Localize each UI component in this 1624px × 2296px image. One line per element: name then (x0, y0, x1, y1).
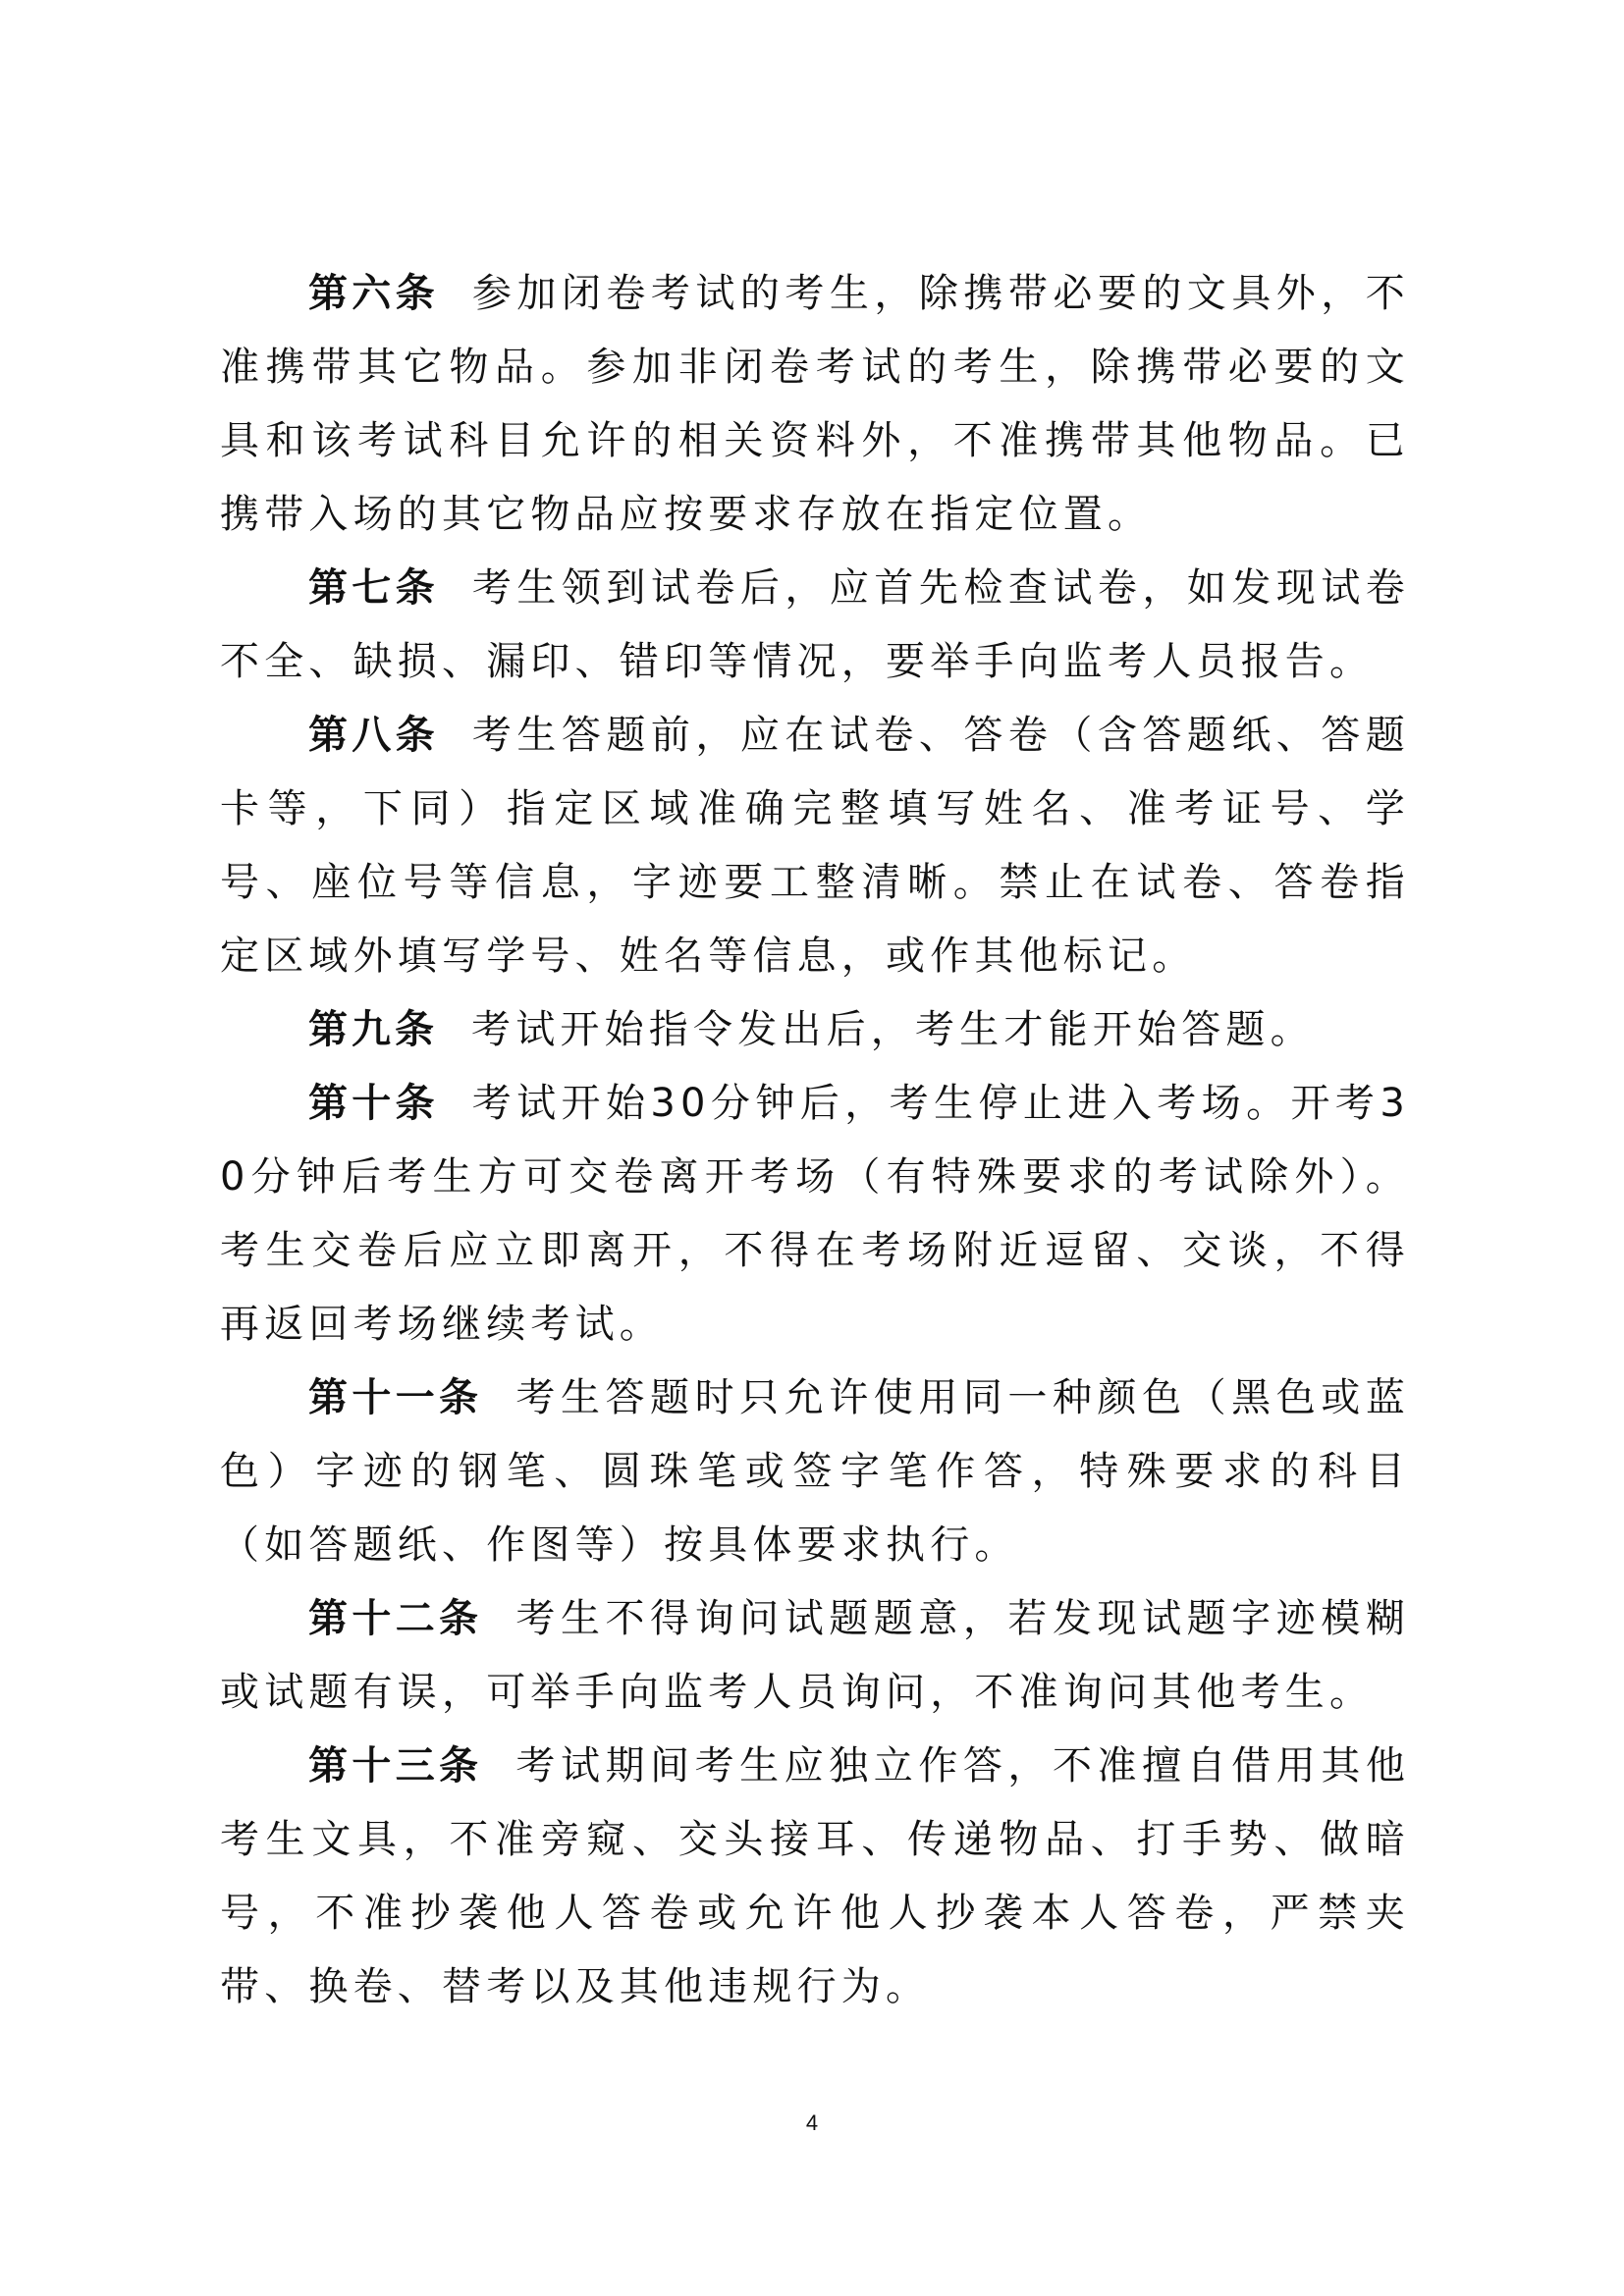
page-number: 4 (0, 2110, 1624, 2136)
article-title: 第十条 (308, 1081, 439, 1126)
document-body: 第六条参加闭卷考试的考生，除携带必要的文具外，不准携带其它物品。参加非闭卷考试的… (220, 257, 1410, 2024)
article-10: 第十条考试开始30分钟后，考生停止进入考场。开考30分钟后考生方可交卷离开考场（… (220, 1067, 1410, 1362)
article-13: 第十三条考试期间考生应独立作答，不准擅自借用其他考生文具，不准旁窥、交头接耳、传… (220, 1730, 1410, 2024)
article-title: 第六条 (308, 271, 439, 316)
article-title: 第八条 (308, 713, 439, 758)
article-title: 第十二条 (308, 1596, 482, 1641)
article-title: 第十三条 (308, 1743, 482, 1789)
article-9: 第九条考试开始指令发出后，考生才能开始答题。 (220, 993, 1410, 1067)
article-title: 第七条 (308, 565, 439, 611)
article-title: 第九条 (308, 1007, 438, 1052)
article-title: 第十一条 (308, 1375, 482, 1420)
article-12: 第十二条考生不得询问试题题意，若发现试题字迹模糊或试题有误，可举手向监考人员询问… (220, 1582, 1410, 1730)
article-11: 第十一条考生答题时只允许使用同一种颜色（黑色或蓝色）字迹的钢笔、圆珠笔或签字笔作… (220, 1362, 1410, 1582)
article-text: 考试开始指令发出后，考生才能开始答题。 (471, 1007, 1315, 1052)
article-6: 第六条参加闭卷考试的考生，除携带必要的文具外，不准携带其它物品。参加非闭卷考试的… (220, 257, 1410, 552)
article-7: 第七条考生领到试卷后，应首先检查试卷，如发现试卷不全、缺损、漏印、错印等情况，要… (220, 552, 1410, 699)
article-8: 第八条考生答题前，应在试卷、答卷（含答题纸、答题卡等，下同）指定区域准确完整填写… (220, 699, 1410, 993)
